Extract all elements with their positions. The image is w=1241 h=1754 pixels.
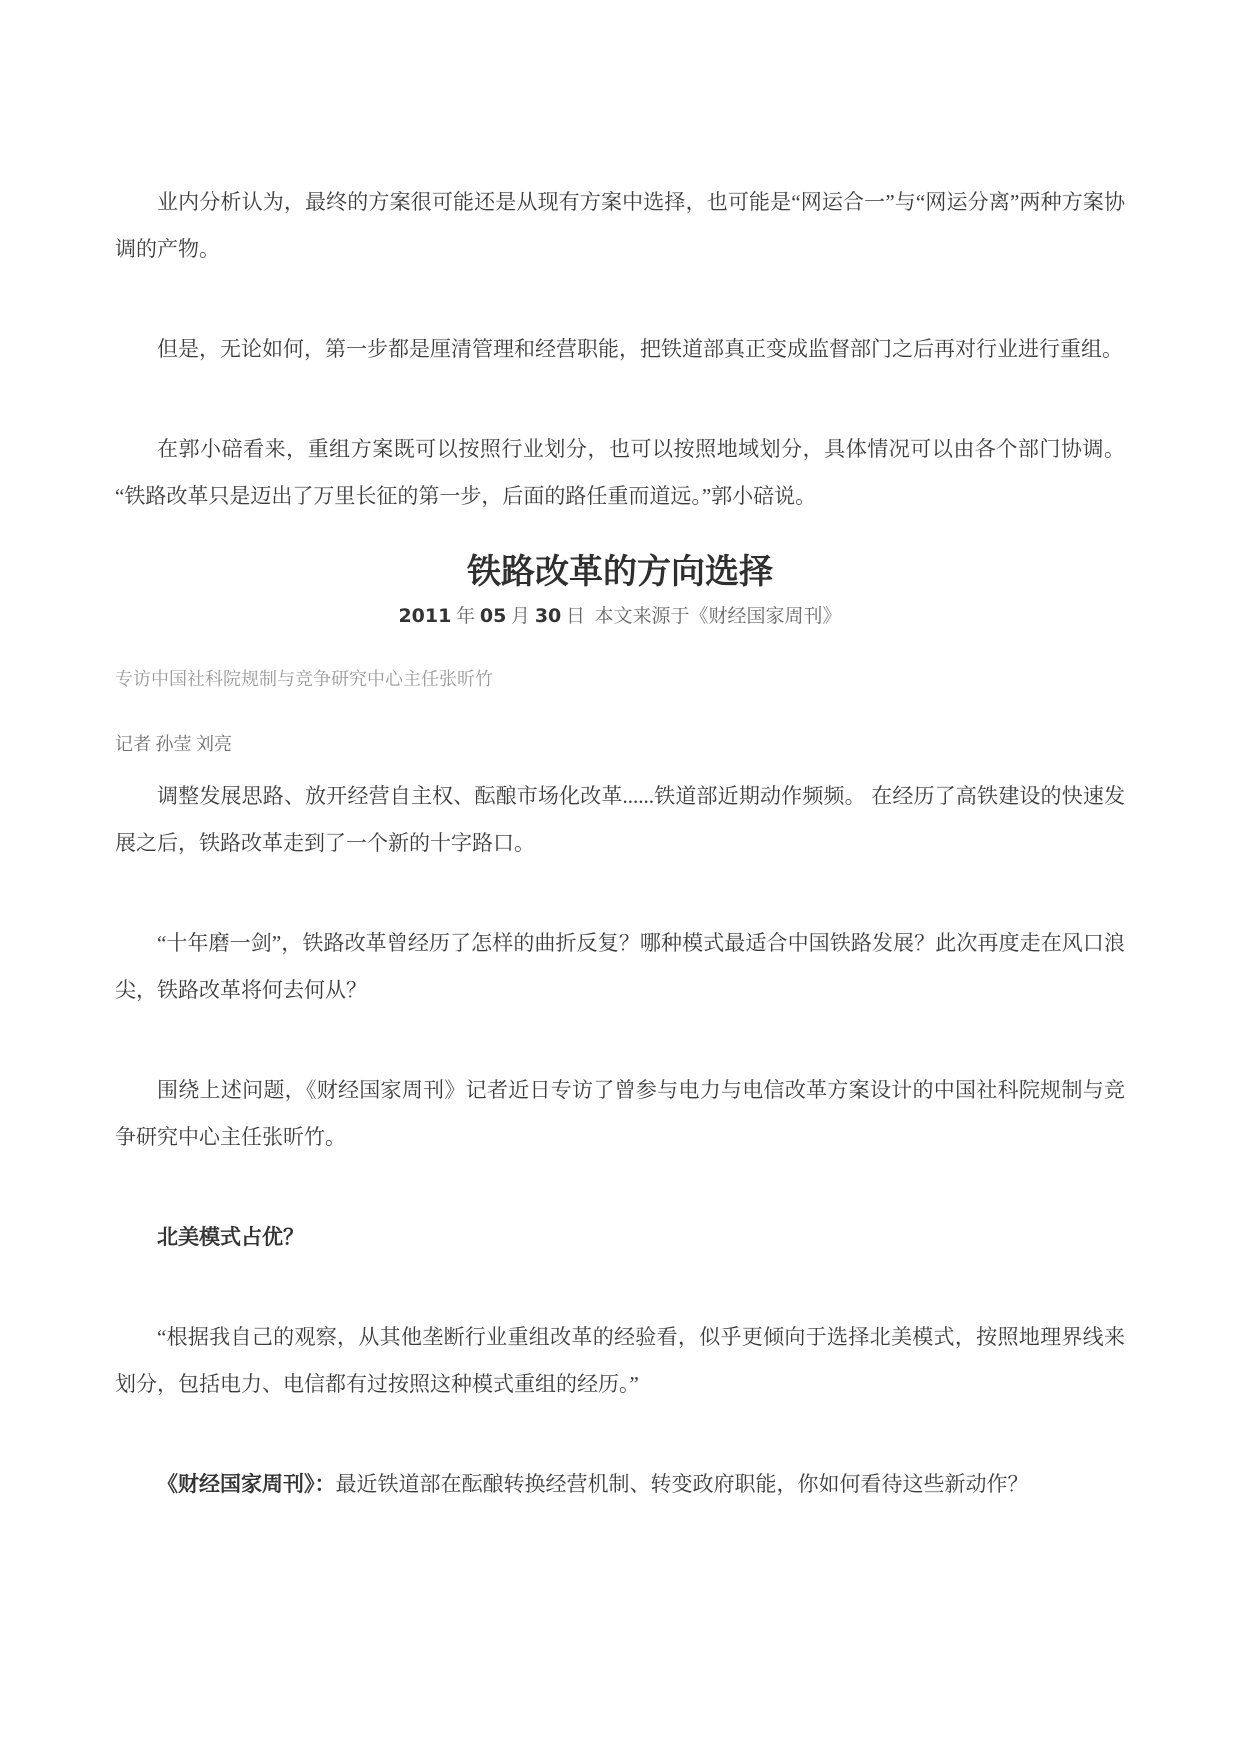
document-page: 业内分析认为，最终的方案很可能还是从现有方案中选择，也可能是“网运合一”与“网运… [0, 0, 1241, 1754]
section-subhead: 北美模式占优？ [115, 1214, 1125, 1261]
dateline-day-unit: 日 [566, 606, 585, 627]
paragraph-lead-1: 调整发展思路、放开经营自主权、酝酿市场化改革......铁道部近期动作频频。 在… [115, 773, 1125, 867]
paragraph-pre-3: 在郭小碚看来，重组方案既可以按照行业划分，也可以按照地域划分，具体情况可以由各个… [115, 426, 1125, 520]
paragraph-pre-2: 但是，无论如何，第一步都是厘清管理和经营职能，把铁道部真正变成监督部门之后再对行… [115, 326, 1125, 373]
qa-question-text: 最近铁道部在酝酿转换经营机制、转变政府职能，你如何看待这些新动作？ [336, 1472, 1029, 1496]
dateline-day: 30 [535, 605, 561, 627]
dateline-source: 本文来源于《财经国家周刊》 [595, 606, 842, 627]
qa-magazine-lead: 《财经国家周刊》： [157, 1472, 336, 1496]
paragraph-pre-1: 业内分析认为，最终的方案很可能还是从现有方案中选择，也可能是“网运合一”与“网运… [115, 179, 1125, 273]
dateline-month-unit: 月 [511, 606, 530, 627]
paragraph-qa: 《财经国家周刊》：最近铁道部在酝酿转换经营机制、转变政府职能，你如何看待这些新动… [115, 1461, 1125, 1508]
paragraph-quote: “根据我自己的观察，从其他垄断行业重组改革的经验看，似乎更倾向于选择北美模式，按… [115, 1314, 1125, 1408]
dateline-year: 2011 [398, 605, 451, 627]
dateline-year-unit: 年 [456, 606, 475, 627]
byline-interviewee: 专访中国社科院规制与竞争研究中心主任张昕竹 [115, 666, 1125, 692]
paragraph-lead-2: “十年磨一剑”，铁路改革曾经历了怎样的曲折反复？哪种模式最适合中国铁路发展？此次… [115, 920, 1125, 1014]
dateline-month: 05 [480, 605, 506, 627]
byline-reporters: 记者 孙莹 刘亮 [115, 731, 1125, 757]
article-title: 铁路改革的方向选择 [115, 549, 1125, 597]
paragraph-lead-3: 围绕上述问题，《财经国家周刊》记者近日专访了曾参与电力与电信改革方案设计的中国社… [115, 1067, 1125, 1161]
dateline: 2011 年 05 月 30 日 本文来源于《财经国家周刊》 [115, 602, 1125, 631]
